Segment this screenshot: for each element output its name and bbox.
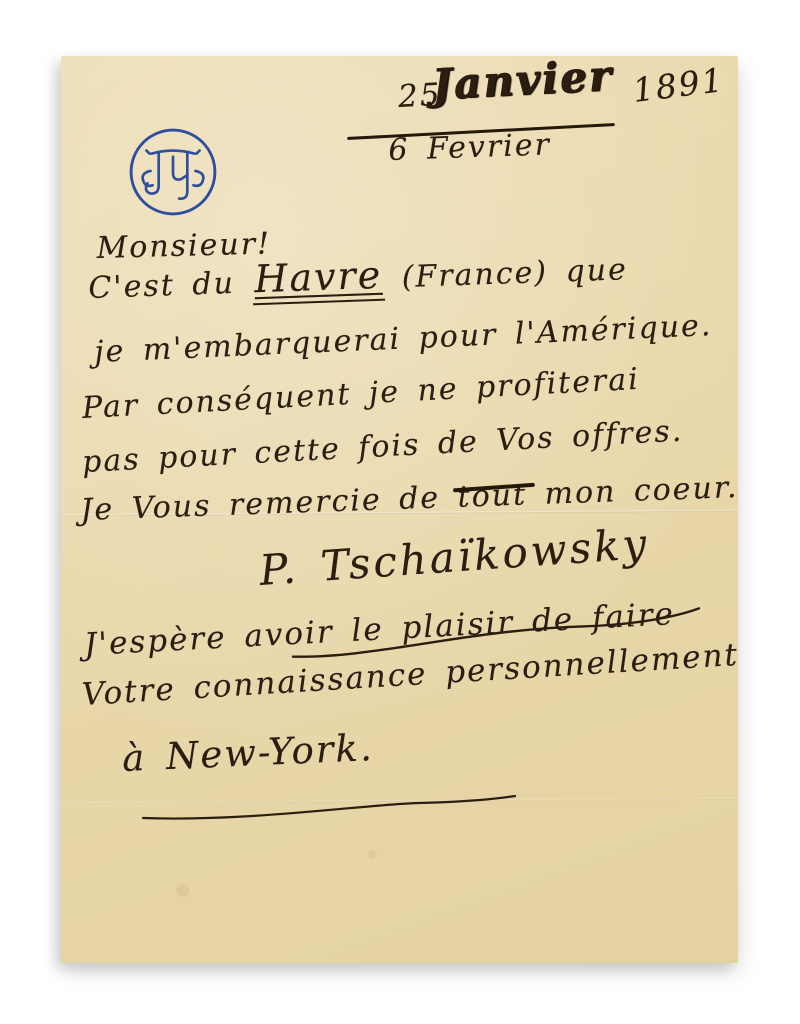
letter-paper: 25 Janvier 6 Fevrier 1891 Monsieur! C'es…: [61, 56, 738, 963]
body-line-5: Je Vous remercie de tout mon coeur.: [80, 473, 739, 526]
postscript-line-3-post: .: [359, 726, 375, 770]
body-line-5-emphasis: tout: [457, 480, 528, 512]
monogram-stamp-icon: [127, 126, 219, 218]
body-line-1-pre: C'est du: [88, 265, 253, 306]
postscript-line-3-pre: à: [121, 735, 167, 780]
body-line-5-post: mon coeur.: [526, 470, 739, 512]
salutation: Monsieur!: [96, 229, 271, 264]
body-line-2: je m'embarquerai pour l'Amérique.: [94, 311, 713, 368]
letter-photo: 25 Janvier 6 Fevrier 1891 Monsieur! C'es…: [0, 0, 800, 1024]
date-alternate: 6 Fevrier: [388, 130, 551, 166]
date-month: Janvier: [431, 55, 614, 106]
signature: P. Tschaïkowsky: [258, 523, 650, 592]
date-year: 1891: [631, 63, 726, 107]
new-york-underline-flourish: [139, 794, 519, 822]
body-line-4: pas pour cette fois de Vos offres.: [81, 417, 684, 478]
postscript-line-3: à New-York.: [121, 729, 374, 777]
body-line-1-post: (France) que: [384, 252, 629, 295]
place-name-new-york: New-York: [165, 727, 361, 778]
body-line-3: Par conséquent je ne profiterai: [81, 365, 640, 424]
place-name-havre: Havre: [251, 253, 385, 306]
body-line-5-pre: Je Vous remercie de: [80, 480, 458, 528]
